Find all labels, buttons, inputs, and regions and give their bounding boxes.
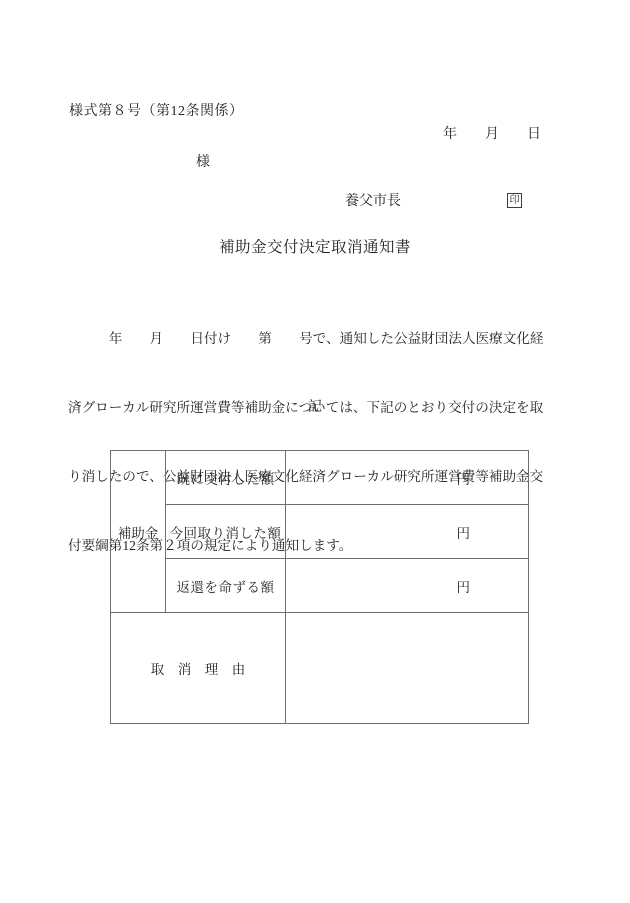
cancelled-amount-label: 今回取り消した額 (166, 505, 286, 559)
form-number: 様式第８号（第12条関係） (69, 100, 244, 120)
document-title: 補助金交付決定取消通知書 (0, 235, 630, 257)
cancellation-reason-label: 取 消 理 由 (111, 613, 286, 724)
document-page: 様式第８号（第12条関係） 年 月 日 様 養父市長 印 補助金交付決定取消通知… (0, 0, 630, 903)
subsidy-table: 補助金 既に交付した額 円 今回取り消した額 円 返還を命ずる額 円 取 消 理… (110, 450, 529, 724)
issuer-title: 養父市長 (345, 190, 401, 210)
seal-mark-icon: 印 (507, 193, 522, 208)
table-row-return: 返還を命ずる額 円 (111, 559, 529, 613)
paid-amount-label: 既に交付した額 (166, 451, 286, 505)
cancelled-amount-value-cell: 円 (286, 505, 529, 559)
issue-date-blank: 年 月 日 (443, 123, 541, 143)
body-line-1: 年 月 日付け 第 号で、通知した公益財団法人医療文化経 (68, 327, 568, 350)
return-amount-label: 返還を命ずる額 (166, 559, 286, 613)
subsidy-group-header: 補助金 (111, 451, 166, 613)
issuer-line: 養父市長 印 (345, 190, 522, 210)
return-amount-value-cell: 円 (286, 559, 529, 613)
table-row-cancelled: 今回取り消した額 円 (111, 505, 529, 559)
cancellation-reason-value-cell (286, 613, 529, 724)
recipient-suffix: 様 (196, 151, 210, 171)
table-row-reason: 取 消 理 由 (111, 613, 529, 724)
table-row-paid: 補助金 既に交付した額 円 (111, 451, 529, 505)
paid-amount-value-cell: 円 (286, 451, 529, 505)
ki-marker: 記 (0, 396, 630, 416)
